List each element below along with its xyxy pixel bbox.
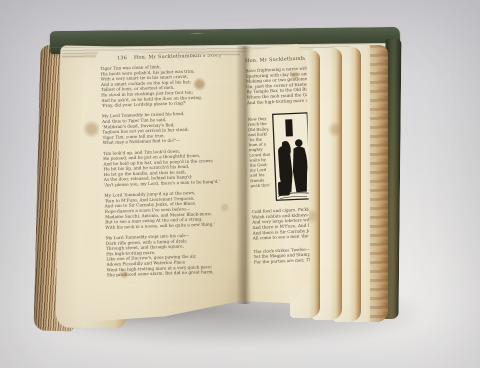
poem-lines-right-top: Save frightening a nurse with a child on… xyxy=(245,65,315,105)
folio-left: 136 xyxy=(117,55,127,61)
gutter-shadow xyxy=(236,46,252,304)
right-page-header: Hon. Mr Sucklethumbkin's Story 137 xyxy=(245,55,313,64)
poem-lines-left: Tiger Tim was clean of limb,His boots we… xyxy=(100,61,257,277)
open-book-photo: 136 Hon. Mr Sucklethumbkin's Story Tiger… xyxy=(0,0,480,368)
left-page-136: 136 Hon. Mr Sucklethumbkin's Story Tiger… xyxy=(70,45,250,325)
silhouette-illustration-image xyxy=(271,112,312,206)
poem-line: push thro' xyxy=(250,183,271,189)
left-page-text: 136 Hon. Mr Sucklethumbkin's Story Tiger… xyxy=(100,51,257,277)
